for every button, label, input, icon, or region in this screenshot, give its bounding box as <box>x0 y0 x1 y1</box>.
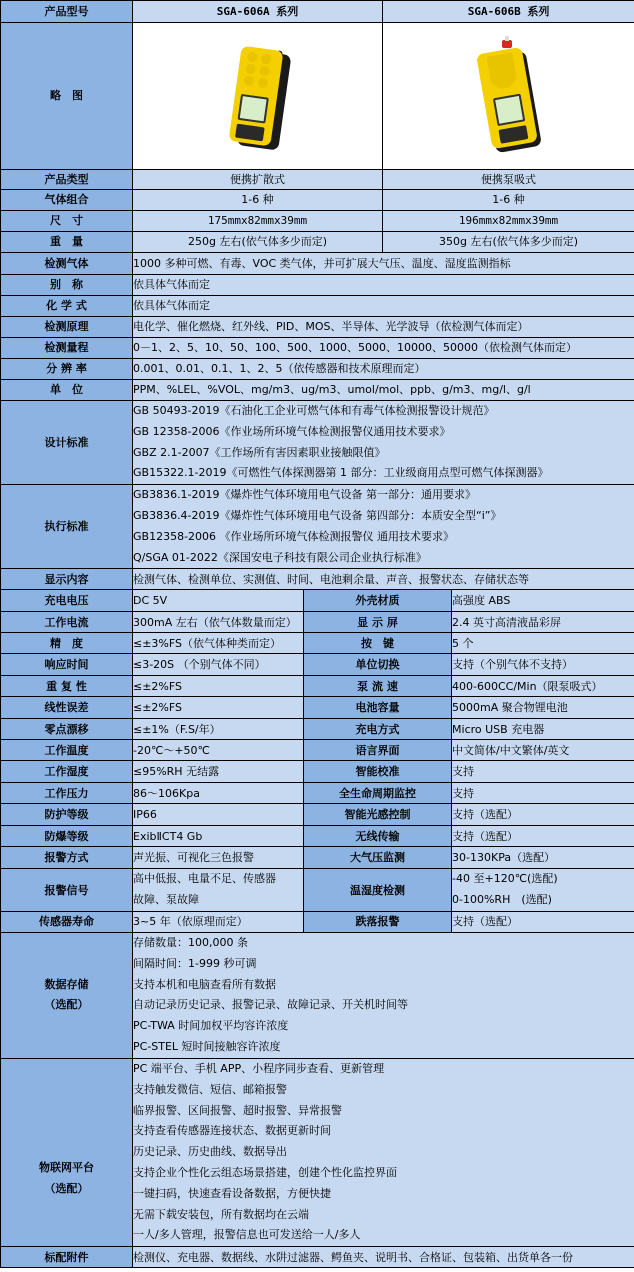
iot-platform-row: 物联网平台 （选配） PC 端平台、手机 APP、小程序同步查看、更新管理 支持… <box>1 1058 634 1246</box>
row-label: 检测气体 <box>1 253 133 275</box>
value-line: 高中低报、电量不足、传感器 <box>133 869 303 890</box>
row-value: 支持（选配） <box>452 804 634 826</box>
device-a-image <box>133 23 383 170</box>
feature-item: PC-STEL 短时间接触容许浓度 <box>133 1037 634 1058</box>
image-row-label: 略 图 <box>1 23 133 170</box>
row-value: 400-600CC/Min（限泵吸式） <box>452 676 634 697</box>
sensor-life-row: 传感器寿命 3~5 年（依原理而定） 跌落报警 支持（选配） <box>1 911 634 932</box>
row-label: 标配附件 <box>1 1247 133 1268</box>
row-label: 充电电压 <box>1 590 133 612</box>
row-value: 检测气体、检测单位、实测值、时间、电池剩余量、声音、报警状态、存储状态等 <box>133 569 634 590</box>
pair-row: 充电电压 DC 5V 外壳材质 高强度 ABS <box>1 590 634 612</box>
row-value: 检测仪、充电器、数据线、水阱过滤器、鳄鱼夹、说明书、合格证、包装箱、出货单各一份 <box>133 1247 634 1268</box>
row-value: 86～106Kpa <box>133 783 304 804</box>
row-label: 数据存储 （选配） <box>1 932 133 1058</box>
model-a-value: 250g 左右(依气体多少而定) <box>133 232 383 253</box>
model-a-value: 1-6 种 <box>133 190 383 211</box>
pair-row: 线性误差 ≤±2%FS 电池容量 5000mA 聚合物锂电池 <box>1 697 634 719</box>
row-label: 显 示 屏 <box>304 612 452 633</box>
feature-item: PC-TWA 时间加权平均容许浓度 <box>133 1016 634 1037</box>
row-value: 300mA 左右（依气体数量而定） <box>133 612 304 633</box>
pair-row: 工作温度 -20℃～+50℃ 语言界面 中文简体/中文繁体/英文 <box>1 740 634 761</box>
row-label: 物联网平台 （选配） <box>1 1058 133 1246</box>
row-value: 30-130KPa（选配） <box>452 847 634 869</box>
spec-row: 检测气体 1000 多种可燃、有毒、VOC 类气体，并可扩展大气压、温度、湿度监… <box>1 253 634 275</box>
feature-item: 自动记录历史记录、报警记录、故障记录、开关机时间等 <box>133 995 634 1016</box>
compare-row: 尺 寸 175mmx82mmx39mm 196mmx82mmx39mm <box>1 211 634 232</box>
value-line: 0-100%RH (选配) <box>452 890 634 911</box>
row-value: 5 个 <box>452 633 634 654</box>
accessories-row: 标配附件 检测仪、充电器、数据线、水阱过滤器、鳄鱼夹、说明书、合格证、包装箱、出… <box>1 1247 634 1268</box>
row-label: 温湿度检测 <box>304 869 452 912</box>
pair-row: 零点漂移 ≤±1%（F.S/年） 充电方式 Micro USB 充电器 <box>1 719 634 740</box>
feature-item: 支持触发微信、短信、邮箱报警 <box>133 1080 634 1101</box>
label-main: 数据存储 <box>1 975 132 996</box>
row-label: 重 复 性 <box>1 676 133 697</box>
standard-item: GBZ 2.1-2007《工作场所有害因素职业接触限值》 <box>133 443 634 464</box>
row-value: 3~5 年（依原理而定） <box>133 911 304 932</box>
pair-row: 工作压力 86～106Kpa 全生命周期监控 支持 <box>1 783 634 804</box>
row-value: 0－1、2、5、10、50、100、500、1000、5000、10000、50… <box>133 338 634 359</box>
row-label: 跌落报警 <box>304 911 452 932</box>
row-value: Micro USB 充电器 <box>452 719 634 740</box>
exec-standard-list: GB3836.1-2019《爆炸性气体环境用电气设备 第一部分：通用要求》 GB… <box>133 485 634 569</box>
model-b-value: 便携泵吸式 <box>383 170 634 190</box>
row-label: 线性误差 <box>1 697 133 719</box>
row-label: 单 位 <box>1 380 133 401</box>
row-label: 工作温度 <box>1 740 133 761</box>
feature-item: 无需下载安装包，所有数据均在云端 <box>133 1205 634 1226</box>
row-label: 电池容量 <box>304 697 452 719</box>
row-label: 响应时间 <box>1 654 133 676</box>
display-content-row: 显示内容 检测气体、检测单位、实测值、时间、电池剩余量、声音、报警状态、存储状态… <box>1 569 634 590</box>
label-sub: （选配） <box>1 1179 132 1200</box>
row-label: 泵 流 速 <box>304 676 452 697</box>
row-label: 充电方式 <box>304 719 452 740</box>
row-value: IP66 <box>133 804 304 826</box>
row-label: 重 量 <box>1 232 133 253</box>
row-label: 执行标准 <box>1 485 133 569</box>
row-value: 2.4 英寸高清液晶彩屏 <box>452 612 634 633</box>
row-value: ≤±1%（F.S/年） <box>133 719 304 740</box>
row-label: 工作电流 <box>1 612 133 633</box>
design-standard-row: 设计标准 GB 50493-2019《石油化工企业可燃气体和有毒气体检测报警设计… <box>1 401 634 485</box>
model-a-value: 175mmx82mmx39mm <box>133 211 383 232</box>
row-value: PPM、%LEL、%VOL、mg/m3、ug/m3、umol/mol、ppb、g… <box>133 380 634 401</box>
design-standard-list: GB 50493-2019《石油化工企业可燃气体和有毒气体检测报警设计规范》 G… <box>133 401 634 485</box>
feature-item: 临界报警、区间报警、超时报警、异常报警 <box>133 1101 634 1122</box>
spec-row: 单 位 PPM、%LEL、%VOL、mg/m3、ug/m3、umol/mol、p… <box>1 380 634 401</box>
feature-item: PC 端平台、手机 APP、小程序同步查看、更新管理 <box>133 1059 634 1080</box>
standard-item: GB3836.4-2019《爆炸性气体环境用电气设备 第四部分：本质安全型“i”… <box>133 506 634 527</box>
row-label: 防爆等级 <box>1 826 133 847</box>
spec-table: 产品型号 SGA-606A 系列 SGA-606B 系列 略 图 <box>0 0 634 1268</box>
row-label: 设计标准 <box>1 401 133 485</box>
feature-item: 支持本机和电脑查看所有数据 <box>133 975 634 996</box>
row-label: 全生命周期监控 <box>304 783 452 804</box>
spec-row: 别 称 依具体气体而定 <box>1 275 634 296</box>
row-label: 语言界面 <box>304 740 452 761</box>
header-row: 产品型号 SGA-606A 系列 SGA-606B 系列 <box>1 1 634 23</box>
row-value: ≤±2%FS <box>133 697 304 719</box>
row-value: 支持 <box>452 761 634 783</box>
row-label: 按 键 <box>304 633 452 654</box>
spec-row: 化 学 式 依具体气体而定 <box>1 296 634 317</box>
label-sub: （选配） <box>1 995 132 1016</box>
row-label: 尺 寸 <box>1 211 133 232</box>
row-label: 大气压监测 <box>304 847 452 869</box>
row-value: 支持 <box>452 783 634 804</box>
row-label: 显示内容 <box>1 569 133 590</box>
pair-row: 工作湿度 ≤95%RH 无结露 智能校准 支持 <box>1 761 634 783</box>
row-value: -20℃～+50℃ <box>133 740 304 761</box>
spec-row: 分 辨 率 0.001、0.01、0.1、1、2、5（依传感器和技术原理而定） <box>1 359 634 380</box>
standard-item: GB 12358-2006《作业场所环境气体检测报警仪通用技术要求》 <box>133 422 634 443</box>
feature-item: 一人/多人管理，报警信息也可发送给一人/多人 <box>133 1225 634 1246</box>
diffusion-detector-icon <box>203 36 313 156</box>
pair-row: 工作电流 300mA 左右（依气体数量而定） 显 示 屏 2.4 英寸高清液晶彩… <box>1 612 634 633</box>
row-label: 精 度 <box>1 633 133 654</box>
row-value: -40 至+120℃(选配) 0-100%RH (选配) <box>452 869 634 912</box>
value-line: 故障、泵故障 <box>133 890 303 911</box>
data-storage-list: 存储数量：100,000 条 间隔时间：1-999 秒可调 支持本机和电脑查看所… <box>133 932 634 1058</box>
standard-item: GB 50493-2019《石油化工企业可燃气体和有毒气体检测报警设计规范》 <box>133 401 634 422</box>
row-label: 外壳材质 <box>304 590 452 612</box>
row-label: 工作湿度 <box>1 761 133 783</box>
row-label: 传感器寿命 <box>1 911 133 932</box>
standard-item: GB3836.1-2019《爆炸性气体环境用电气设备 第一部分：通用要求》 <box>133 485 634 506</box>
row-value: 高中低报、电量不足、传感器 故障、泵故障 <box>133 869 304 912</box>
row-label: 智能校准 <box>304 761 452 783</box>
row-value: 高强度 ABS <box>452 590 634 612</box>
feature-item: 支持查看传感器连接状态、数据更新时间 <box>133 1121 634 1142</box>
row-value: ExibⅡCT4 Gb <box>133 826 304 847</box>
iot-feature-list: PC 端平台、手机 APP、小程序同步查看、更新管理 支持触发微信、短信、邮箱报… <box>133 1058 634 1246</box>
row-label: 报警方式 <box>1 847 133 869</box>
standard-item: GB12358-2006 《作业场所环境气体检测报警仪 通用技术要求》 <box>133 527 634 548</box>
row-value: 支持（选配） <box>452 826 634 847</box>
row-value: 支持（个别气体不支持） <box>452 654 634 676</box>
row-value: 1000 多种可燃、有毒、VOC 类气体，并可扩展大气压、温度、湿度监测指标 <box>133 253 634 275</box>
row-value: 0.001、0.01、0.1、1、2、5（依传感器和技术原理而定） <box>133 359 634 380</box>
feature-item: 一键扫码，快速查看设备数据，方便快捷 <box>133 1184 634 1205</box>
feature-item: 间隔时间：1-999 秒可调 <box>133 954 634 975</box>
row-value: ≤3-20S （个别气体不同） <box>133 654 304 676</box>
row-label: 防护等级 <box>1 804 133 826</box>
pump-detector-icon <box>454 36 564 156</box>
row-label: 智能光感控制 <box>304 804 452 826</box>
model-a-value: 便携扩散式 <box>133 170 383 190</box>
compare-row: 重 量 250g 左右(依气体多少而定) 350g 左右(依气体多少而定) <box>1 232 634 253</box>
row-value: 中文简体/中文繁体/英文 <box>452 740 634 761</box>
pair-row: 重 复 性 ≤±2%FS 泵 流 速 400-600CC/Min（限泵吸式） <box>1 676 634 697</box>
compare-row: 产品类型 便携扩散式 便携泵吸式 <box>1 170 634 190</box>
row-value: ≤±2%FS <box>133 676 304 697</box>
row-value: 电化学、催化燃烧、红外线、PID、MOS、半导体、光学波导（依检测气体而定） <box>133 317 634 338</box>
row-value: 依具体气体而定 <box>133 296 634 317</box>
alarm-signal-row: 报警信号 高中低报、电量不足、传感器 故障、泵故障 温湿度检测 -40 至+12… <box>1 869 634 912</box>
pair-row: 精 度 ≤±3%FS（依气体种类而定） 按 键 5 个 <box>1 633 634 654</box>
row-value: ≤±3%FS（依气体种类而定） <box>133 633 304 654</box>
row-label: 零点漂移 <box>1 719 133 740</box>
model-b-value: 196mmx82mmx39mm <box>383 211 634 232</box>
spec-row: 检测量程 0－1、2、5、10、50、100、500、1000、5000、100… <box>1 338 634 359</box>
row-label: 检测原理 <box>1 317 133 338</box>
standard-item: Q/SGA 01-2022《深国安电子科技有限公司企业执行标准》 <box>133 548 634 569</box>
header-label: 产品型号 <box>1 1 133 23</box>
pair-row: 响应时间 ≤3-20S （个别气体不同） 单位切换 支持（个别气体不支持） <box>1 654 634 676</box>
model-a-title: SGA-606A 系列 <box>133 1 383 23</box>
row-value: 依具体气体而定 <box>133 275 634 296</box>
value-line: -40 至+120℃(选配) <box>452 869 634 890</box>
row-label: 单位切换 <box>304 654 452 676</box>
spec-row: 检测原理 电化学、催化燃烧、红外线、PID、MOS、半导体、光学波导（依检测气体… <box>1 317 634 338</box>
model-b-value: 350g 左右(依气体多少而定) <box>383 232 634 253</box>
model-b-title: SGA-606B 系列 <box>383 1 634 23</box>
row-value: DC 5V <box>133 590 304 612</box>
image-row: 略 图 <box>1 23 634 170</box>
label-main: 物联网平台 <box>1 1158 132 1179</box>
row-label: 分 辨 率 <box>1 359 133 380</box>
pair-row: 防爆等级 ExibⅡCT4 Gb 无线传输 支持（选配） <box>1 826 634 847</box>
row-label: 化 学 式 <box>1 296 133 317</box>
row-label: 报警信号 <box>1 869 133 912</box>
row-value: 声光振、可视化三色报警 <box>133 847 304 869</box>
feature-item: 历史记录、历史曲线、数据导出 <box>133 1142 634 1163</box>
data-storage-row: 数据存储 （选配） 存储数量：100,000 条 间隔时间：1-999 秒可调 … <box>1 932 634 1058</box>
row-value: ≤95%RH 无结露 <box>133 761 304 783</box>
row-label: 气体组合 <box>1 190 133 211</box>
row-value: 5000mA 聚合物锂电池 <box>452 697 634 719</box>
row-label: 无线传输 <box>304 826 452 847</box>
feature-item: 存储数量：100,000 条 <box>133 933 634 954</box>
standard-item: GB15322.1-2019《可燃性气体探测器第 1 部分：工业级商用点型可燃气… <box>133 463 634 484</box>
pair-row: 防护等级 IP66 智能光感控制 支持（选配） <box>1 804 634 826</box>
row-label: 产品类型 <box>1 170 133 190</box>
row-label: 检测量程 <box>1 338 133 359</box>
compare-row: 气体组合 1-6 种 1-6 种 <box>1 190 634 211</box>
row-value: 支持（选配） <box>452 911 634 932</box>
feature-item: 支持企业个性化云组态场景搭建，创建个性化监控界面 <box>133 1163 634 1184</box>
row-label: 工作压力 <box>1 783 133 804</box>
pair-row: 报警方式 声光振、可视化三色报警 大气压监测 30-130KPa（选配） <box>1 847 634 869</box>
device-b-image <box>383 23 634 170</box>
model-b-value: 1-6 种 <box>383 190 634 211</box>
exec-standard-row: 执行标准 GB3836.1-2019《爆炸性气体环境用电气设备 第一部分：通用要… <box>1 485 634 569</box>
row-label: 别 称 <box>1 275 133 296</box>
